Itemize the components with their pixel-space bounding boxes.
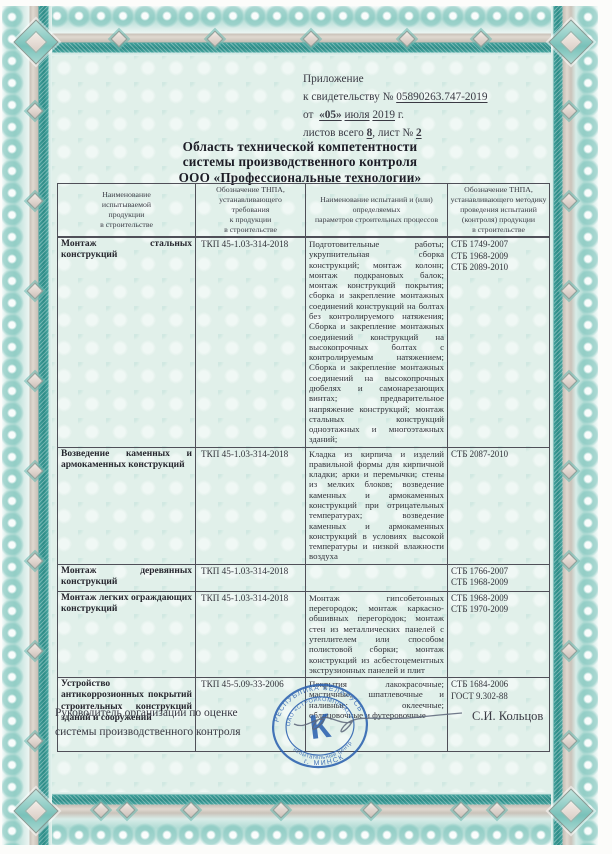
header-tnpa-methods: Обозначение ТНПА, устанавливающего метод…	[448, 184, 550, 237]
annex-line-2: к свидетельству № 05890263.747-2019	[303, 88, 488, 106]
certificate-year: 2019	[372, 109, 395, 121]
signatory-name: С.И. Кольцов	[472, 709, 543, 724]
method-ref: СТБ 1684-2006	[451, 679, 546, 691]
annex-line-3: от «05» июля 2019 г.	[303, 106, 488, 124]
tnpa-requirements-cell: ТКП 45-1.03-314-2018	[196, 591, 306, 677]
competence-table: Монтаж стальных конструкций ТКП 45-1.03-…	[57, 237, 550, 752]
signatory-role-line-1: Руководитель организации по оценке	[55, 704, 241, 723]
product-cell: Монтаж легких ограждающих конструкций	[58, 591, 196, 677]
title-line-2: системы производственного контроля	[50, 154, 550, 169]
tnpa-methods-cell: СТБ 1749-2007 СТБ 1968-2009 СТБ 2089-201…	[448, 238, 550, 448]
method-ref: СТБ 1968-2009	[451, 593, 546, 605]
border-top	[2, 6, 598, 56]
table-row: Возведение каменных и армокаменных конст…	[58, 447, 550, 564]
annex-block: Приложение к свидетельству № 05890263.74…	[303, 70, 488, 142]
tests-cell	[306, 564, 448, 591]
annex-label: Приложение	[303, 73, 364, 85]
header-tnpa-requirements: Обозначение ТНПА, устанавливающего требо…	[196, 184, 306, 237]
method-ref: СТБ 1968-2009	[451, 577, 546, 589]
method-ref: СТБ 1968-2009	[451, 251, 546, 263]
product-cell: Монтаж стальных конструкций	[58, 238, 196, 448]
page-title: Область технической компетентности систе…	[50, 139, 550, 185]
tnpa-requirements-cell: ТКП 45-1.03-314-2018	[196, 447, 306, 564]
tests-cell: Кладка из кирпича и изделий правильной ф…	[306, 447, 448, 564]
header-product: Наименование испытываемой продукции в ст…	[58, 184, 196, 237]
method-ref: СТБ 1766-2007	[451, 566, 546, 578]
annex-line-1: Приложение	[303, 70, 488, 88]
tnpa-methods-cell: СТБ 1766-2007 СТБ 1968-2009	[448, 564, 550, 591]
tnpa-requirements-cell: ТКП 45-1.03-314-2018	[196, 564, 306, 591]
tests-cell: Монтаж гипсобетонных перегородок; монтаж…	[306, 591, 448, 677]
signature-stroke	[288, 698, 468, 738]
title-line-1: Область технической компетентности	[50, 139, 550, 154]
certificate-label: к свидетельству №	[303, 91, 393, 103]
product-cell: Монтаж деревянных конструкций	[58, 564, 196, 591]
certificate-page: Приложение к свидетельству № 05890263.74…	[0, 0, 612, 854]
certificate-day: «05»	[319, 109, 342, 121]
table-row: Монтаж стальных конструкций ТКП 45-1.03-…	[58, 238, 550, 448]
product-cell: Возведение каменных и армокаменных конст…	[58, 447, 196, 564]
certificate-month: июля	[345, 109, 370, 121]
year-suffix: г.	[398, 109, 404, 121]
tnpa-methods-cell: СТБ 2087-2010	[448, 447, 550, 564]
tnpa-methods-cell: СТБ 1968-2009 СТБ 1970-2009	[448, 591, 550, 677]
method-ref: СТБ 2087-2010	[451, 449, 546, 461]
header-tests: Наименование испытаний и (или) определяе…	[306, 184, 448, 237]
certificate-number: 05890263.747-2019	[396, 91, 487, 103]
method-ref: СТБ 1749-2007	[451, 239, 546, 251]
method-ref: СТБ 1970-2009	[451, 604, 546, 616]
tests-cell: Подготовительные работы; укрупнительная …	[306, 238, 448, 448]
table-row: Монтаж легких ограждающих конструкций ТК…	[58, 591, 550, 677]
border-bottom	[2, 792, 598, 845]
border-right	[551, 6, 598, 845]
signatory-role: Руководитель организации по оценке систе…	[55, 704, 241, 741]
sheet-number: 2	[416, 127, 422, 139]
sheets-total-label: листов всего	[303, 127, 364, 139]
signatory-role-line-2: системы производственного контроля	[55, 723, 241, 742]
competence-table-header: Наименование испытываемой продукции в ст…	[57, 183, 550, 237]
tnpa-requirements-cell: ТКП 45-1.03-314-2018	[196, 238, 306, 448]
method-ref: СТБ 2089-2010	[451, 262, 546, 274]
table-row: Монтаж деревянных конструкций ТКП 45-1.0…	[58, 564, 550, 591]
sheet-label: , лист №	[372, 127, 413, 139]
date-from-label: от	[303, 109, 313, 121]
border-left	[2, 6, 52, 845]
